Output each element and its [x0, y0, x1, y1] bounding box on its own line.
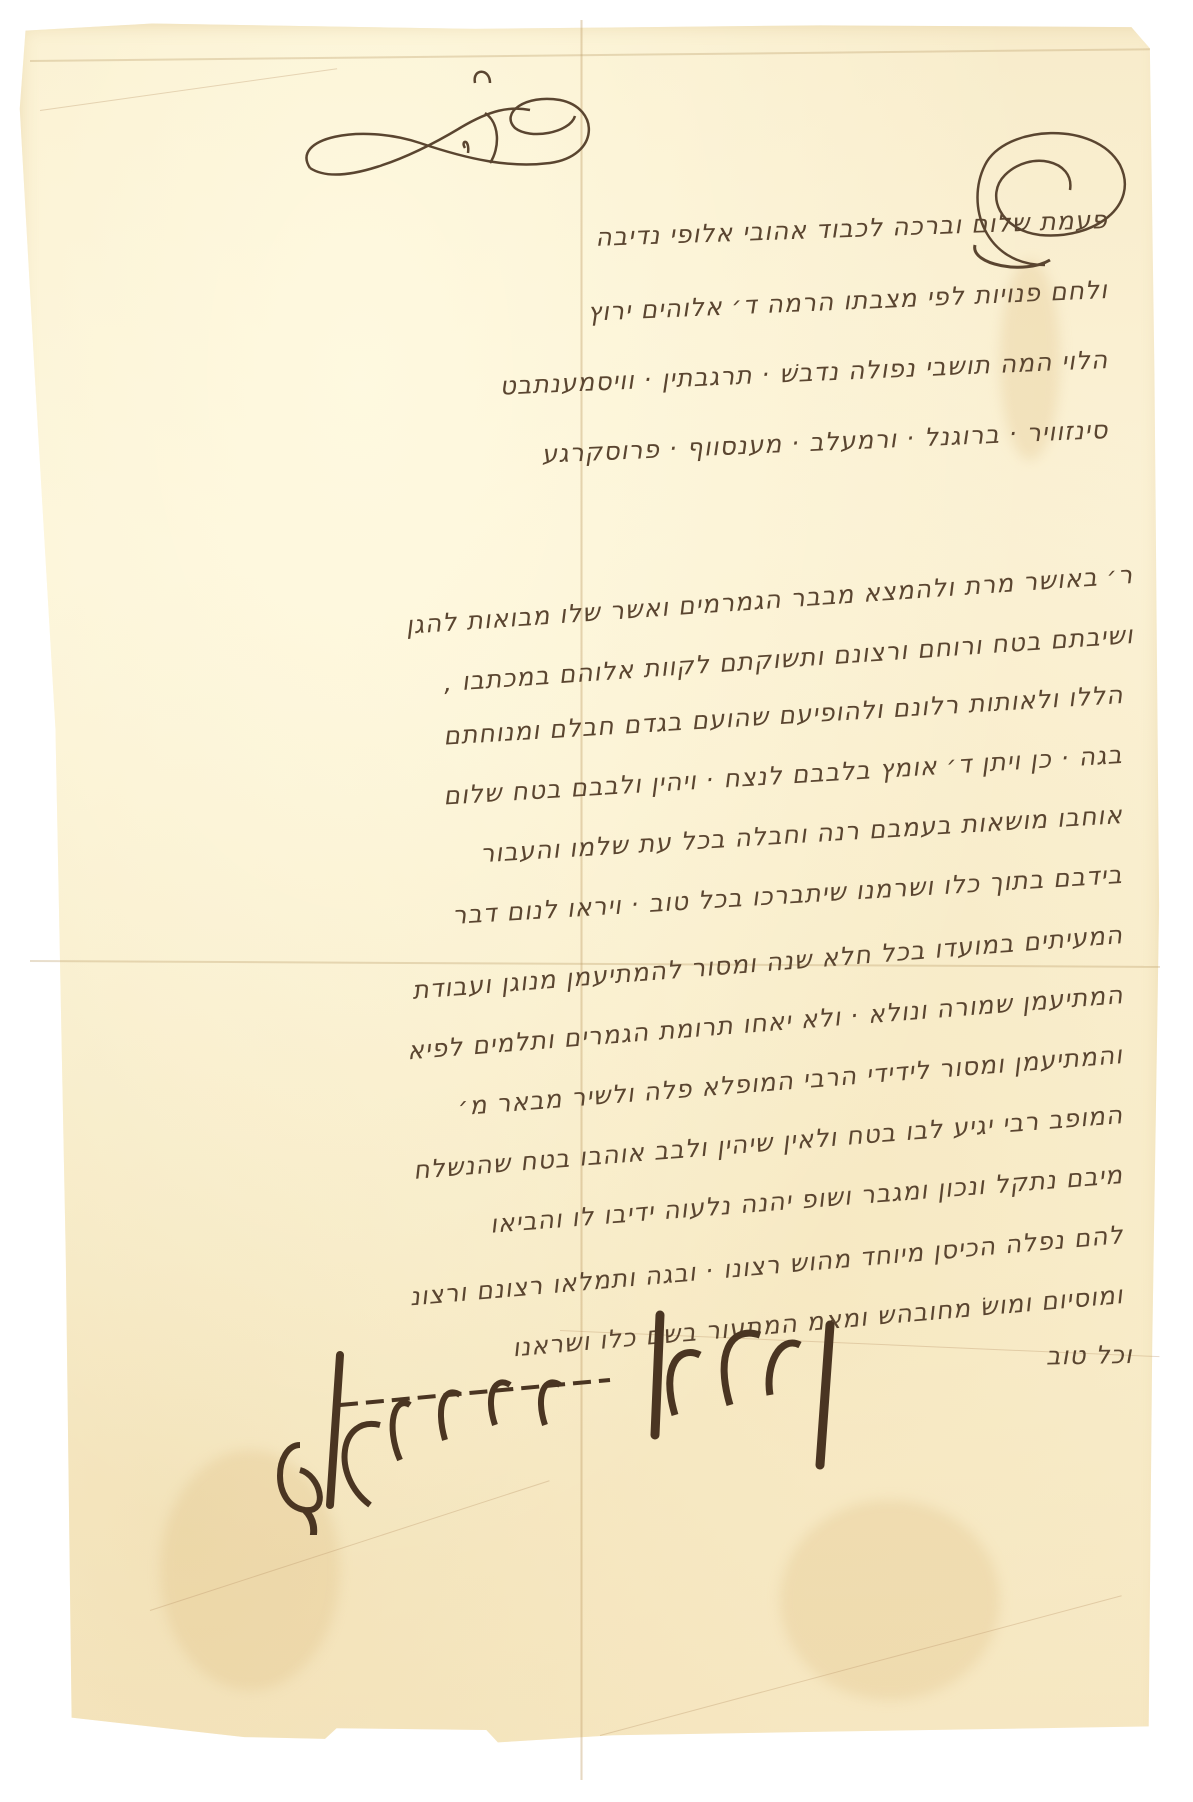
corner-spiral-flourish — [945, 115, 1145, 275]
closing-text: וכל טוב — [1046, 1340, 1133, 1371]
header-flourish-mark — [300, 28, 660, 178]
signature — [260, 1275, 860, 1535]
